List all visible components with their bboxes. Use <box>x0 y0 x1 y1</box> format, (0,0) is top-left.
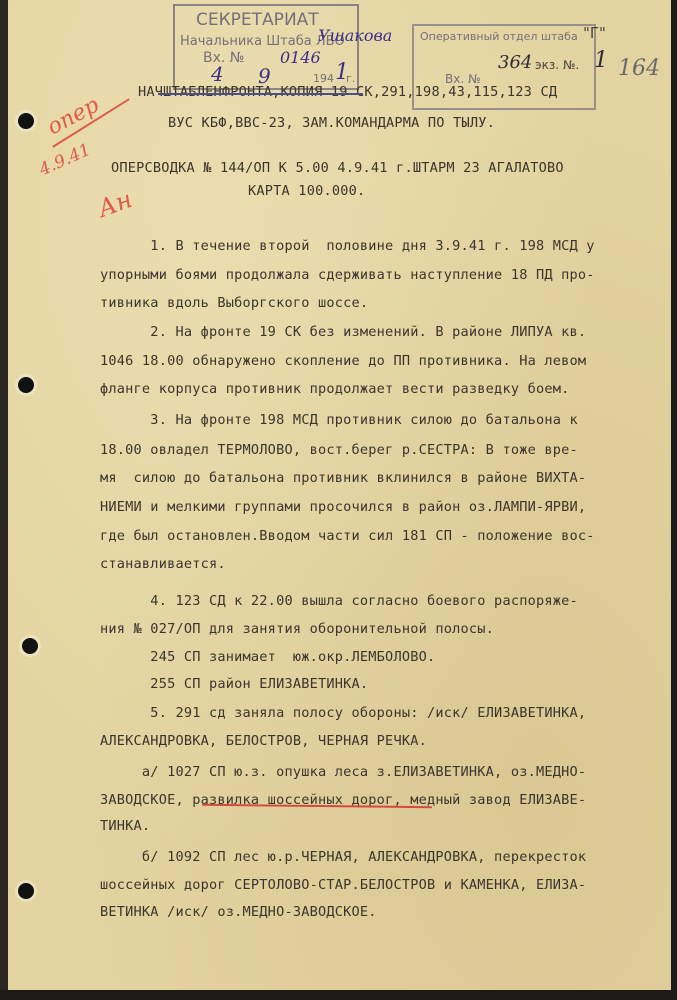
recipients-line-1: НАЧШТАБЛЕНФРОНТА,КОПИЯ 19 СК,291,198,43,… <box>138 84 557 100</box>
body-line: станавливается. <box>100 556 226 572</box>
operative-copy-label: экз. №. <box>535 58 579 72</box>
body-line: 4. 123 СД к 22.00 вышла согласно боевого… <box>100 593 578 609</box>
body-line: мя силою до батальона противник вклинилс… <box>100 470 586 486</box>
handwritten-surname: Ушакова <box>318 26 392 45</box>
document-title: ОПЕРСВОДКА № 144/ОП К 5.00 4.9.41 г.ШТАР… <box>111 160 564 176</box>
page-number: 164 <box>618 56 660 81</box>
body-line: шоссейных дорог СЕРТОЛОВО-СТАР.БЕЛОСТРОВ… <box>100 877 586 893</box>
body-line: 3. На фронте 198 МСД противник силою до … <box>100 412 578 428</box>
margin-note-date: 4.9.41 <box>36 140 94 180</box>
body-line: 245 СП занимает юж.окр.ЛЕМБОЛОВО. <box>100 649 435 665</box>
body-line: фланге корпуса противник продолжает вест… <box>100 381 570 397</box>
document-map-scale: КАРТА 100.000. <box>248 183 365 199</box>
stamp-in-number: 0146 <box>280 48 321 67</box>
body-line: б/ 1092 СП лес ю.р.ЧЕРНАЯ, АЛЕКСАНДРОВКА… <box>100 849 586 865</box>
margin-note-initials: Ан <box>94 185 136 223</box>
recipients-line-2: ВУС КБФ,ВВС-23, ЗАМ.КОМАНДАРМА ПО ТЫЛУ. <box>168 115 495 131</box>
body-line: 255 СП район ЕЛИЗАВЕТИНКА. <box>100 676 368 692</box>
binder-hole <box>22 638 38 654</box>
body-line: ния № 027/ОП для занятия оборонительной … <box>100 621 494 637</box>
body-line: ВЕТИНКА /иск/ оз.МЕДНО-ЗАВОДСКОЕ. <box>100 904 377 920</box>
header-strikethrough <box>158 93 363 95</box>
body-line: а/ 1027 СП ю.з. опушка леса з.ЕЛИЗАВЕТИН… <box>100 764 586 780</box>
binder-hole <box>18 377 34 393</box>
scan-edge <box>0 990 677 1000</box>
stamp-title: СЕКРЕТАРИАТ <box>196 10 319 30</box>
body-line: 1046 18.00 обнаружено скопление до ПП пр… <box>100 353 586 369</box>
body-line: 2. На фронте 19 СК без изменений. В райо… <box>100 324 586 340</box>
body-line: 1. В течение второй половине дня 3.9.41 … <box>100 238 595 254</box>
stamp-day: 4 <box>211 62 224 86</box>
operative-stamp-mark: "Г" <box>583 24 606 42</box>
operative-copy-number: 1 <box>594 48 608 73</box>
operative-stamp-title: Оперативный отдел штаба <box>420 30 578 43</box>
scan-edge <box>671 0 677 1000</box>
body-line: упорными боями продолжала сдерживать нас… <box>100 267 595 283</box>
body-line: НИЕМИ и мелкими группами просочился в ра… <box>100 499 586 515</box>
body-line: где был остановлен.Вводом части сил 181 … <box>100 528 595 544</box>
body-line: 18.00 овладел ТЕРМОЛОВО, вост.берег р.СЕ… <box>100 442 578 458</box>
body-line: ТИНКА. <box>100 818 150 834</box>
body-line: АЛЕКСАНДРОВКА, БЕЛОСТРОВ, ЧЕРНАЯ РЕЧКА. <box>100 733 427 749</box>
binder-hole <box>18 113 34 129</box>
binder-hole <box>18 883 34 899</box>
body-line: 5. 291 сд заняла полосу обороны: /иск/ Е… <box>100 705 586 721</box>
body-line: тивника вдоль Выборгского шоссе. <box>100 295 368 311</box>
operative-in-number: 364 <box>498 52 532 73</box>
document-page: СЕКРЕТАРИАТ Начальника Штаба ЛВО Вх. № 0… <box>8 0 671 990</box>
